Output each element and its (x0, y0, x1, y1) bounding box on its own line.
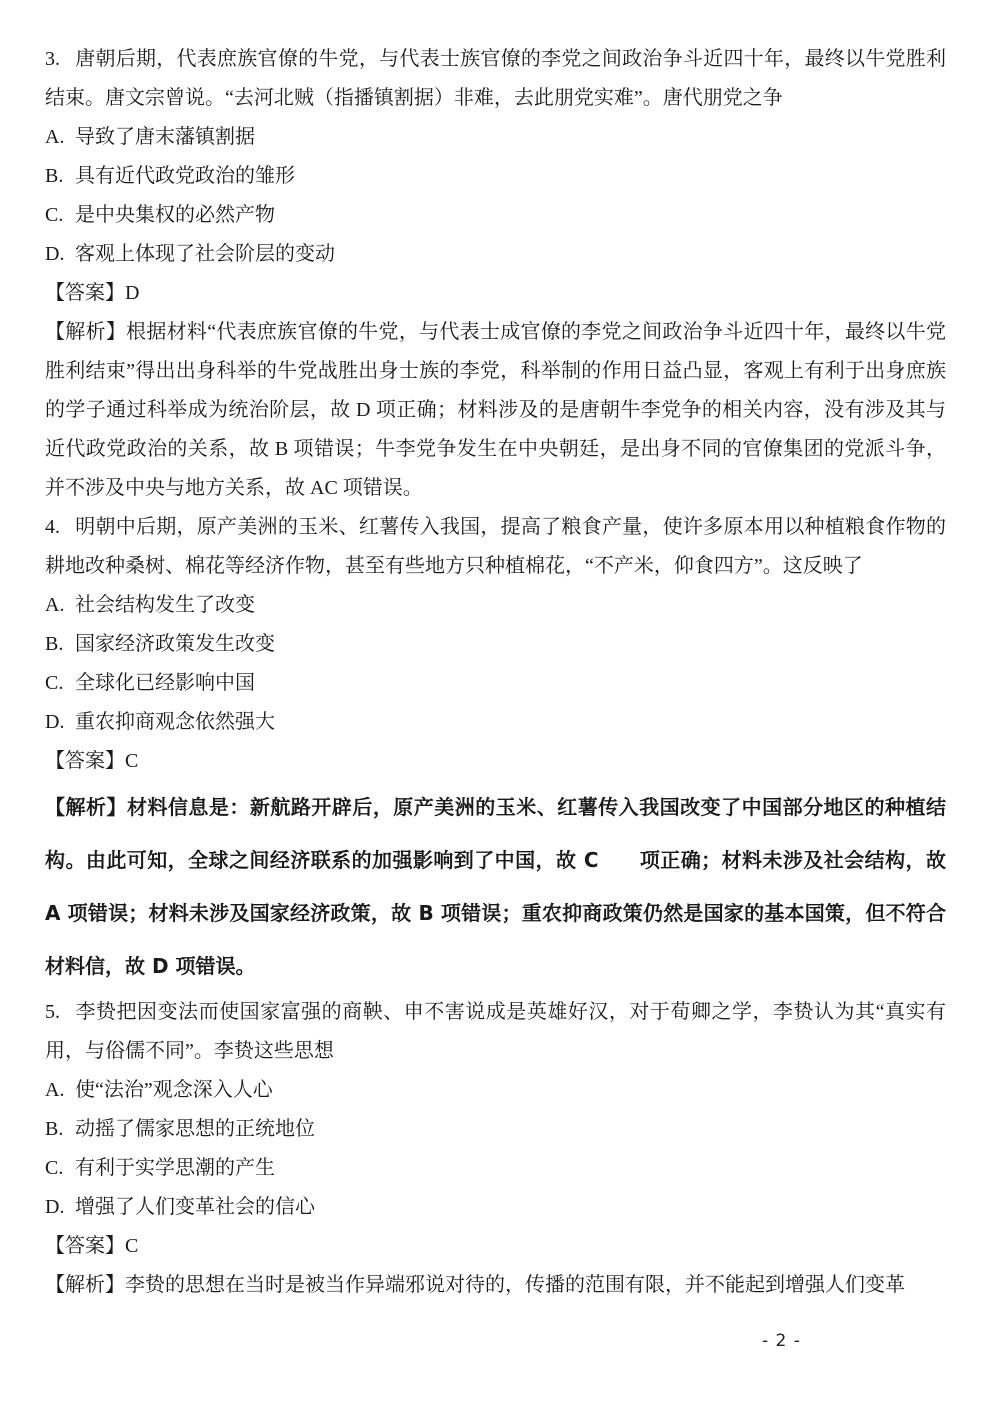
question-number: 5. (45, 993, 75, 1032)
option-text: 增强了人们变革社会的信心 (75, 1196, 315, 1218)
option-label: D. (45, 235, 75, 274)
explanation-paragraph: 【解析】根据材料“代表庶族官僚的牛党，与代表士成官僚的李党之间政治争斗近四十年，… (45, 313, 946, 508)
option-row: B.国家经济政策发生改变 (45, 625, 946, 664)
option-row: B.动摇了儒家思想的正统地位 (45, 1110, 946, 1149)
option-row: C.全球化已经影响中国 (45, 664, 946, 703)
option-label: A. (45, 118, 75, 157)
question-stem-text: 唐朝后期，代表庶族官僚的牛党，与代表士族官僚的李党之间政治争斗近四十年，最终以牛… (45, 48, 946, 109)
question-block-5: 5.李贽把因变法而使国家富强的商鞅、申不害说成是英雄好汉，对于荀卿之学，李贽认为… (45, 993, 946, 1305)
answer-line: 【答案】D (45, 274, 946, 313)
option-row: D.增强了人们变革社会的信心 (45, 1188, 946, 1227)
question-stem: 4.明朝中后期，原产美洲的玉米、红薯传入我国，提高了粮食产量，使许多原本用以种植… (45, 508, 946, 586)
document-page: 3.唐朝后期，代表庶族官僚的牛党，与代表士族官僚的李党之间政治争斗近四十年，最终… (0, 0, 992, 1403)
option-text: 有利于实学思潮的产生 (75, 1157, 275, 1179)
option-row: C.是中央集权的必然产物 (45, 196, 946, 235)
option-row: D.客观上体现了社会阶层的变动 (45, 235, 946, 274)
option-text: 客观上体现了社会阶层的变动 (75, 243, 335, 265)
option-text: 是中央集权的必然产物 (75, 204, 275, 226)
option-row: C.有利于实学思潮的产生 (45, 1149, 946, 1188)
option-label: A. (45, 1071, 75, 1110)
option-label: C. (45, 664, 75, 703)
option-text: 导致了唐末藩镇割据 (75, 126, 255, 148)
explanation-paragraph-bold: 【解析】材料信息是：新航路开辟后，原产美洲的玉米、红薯传入我国改变了中国部分地区… (45, 781, 946, 993)
option-row: B.具有近代政党政治的雏形 (45, 157, 946, 196)
option-text: 重农抑商观念依然强大 (75, 711, 275, 733)
option-label: B. (45, 1110, 75, 1149)
answer-line: 【答案】C (45, 1227, 946, 1266)
option-label: C. (45, 196, 75, 235)
option-text: 全球化已经影响中国 (75, 672, 255, 694)
question-number: 3. (45, 40, 75, 79)
option-label: D. (45, 1188, 75, 1227)
question-block-4: 4.明朝中后期，原产美洲的玉米、红薯传入我国，提高了粮食产量，使许多原本用以种植… (45, 508, 946, 993)
option-row: A.导致了唐末藩镇割据 (45, 118, 946, 157)
answer-line: 【答案】C (45, 742, 946, 781)
question-stem: 3.唐朝后期，代表庶族官僚的牛党，与代表士族官僚的李党之间政治争斗近四十年，最终… (45, 40, 946, 118)
option-text: 社会结构发生了改变 (75, 594, 255, 616)
question-stem-text: 明朝中后期，原产美洲的玉米、红薯传入我国，提高了粮食产量，使许多原本用以种植粮食… (45, 516, 946, 577)
option-label: B. (45, 157, 75, 196)
option-row: D.重农抑商观念依然强大 (45, 703, 946, 742)
option-label: C. (45, 1149, 75, 1188)
page-number: - 2 - (762, 1331, 801, 1351)
option-label: A. (45, 586, 75, 625)
question-number: 4. (45, 508, 75, 547)
option-text: 国家经济政策发生改变 (75, 633, 275, 655)
question-block-3: 3.唐朝后期，代表庶族官僚的牛党，与代表士族官僚的李党之间政治争斗近四十年，最终… (45, 40, 946, 508)
option-label: B. (45, 625, 75, 664)
question-stem: 5.李贽把因变法而使国家富强的商鞅、申不害说成是英雄好汉，对于荀卿之学，李贽认为… (45, 993, 946, 1071)
option-row: A.社会结构发生了改变 (45, 586, 946, 625)
option-text: 使“法治”观念深入人心 (75, 1079, 273, 1101)
option-text: 动摇了儒家思想的正统地位 (75, 1118, 315, 1140)
question-stem-text: 李贽把因变法而使国家富强的商鞅、申不害说成是英雄好汉，对于荀卿之学，李贽认为其“… (45, 1001, 946, 1062)
document-content: 3.唐朝后期，代表庶族官僚的牛党，与代表士族官僚的李党之间政治争斗近四十年，最终… (45, 40, 946, 1305)
option-text: 具有近代政党政治的雏形 (75, 165, 295, 187)
option-row: A.使“法治”观念深入人心 (45, 1071, 946, 1110)
explanation-paragraph: 【解析】李贽的思想在当时是被当作异端邪说对待的，传播的范围有限，并不能起到增强人… (45, 1266, 946, 1305)
option-label: D. (45, 703, 75, 742)
